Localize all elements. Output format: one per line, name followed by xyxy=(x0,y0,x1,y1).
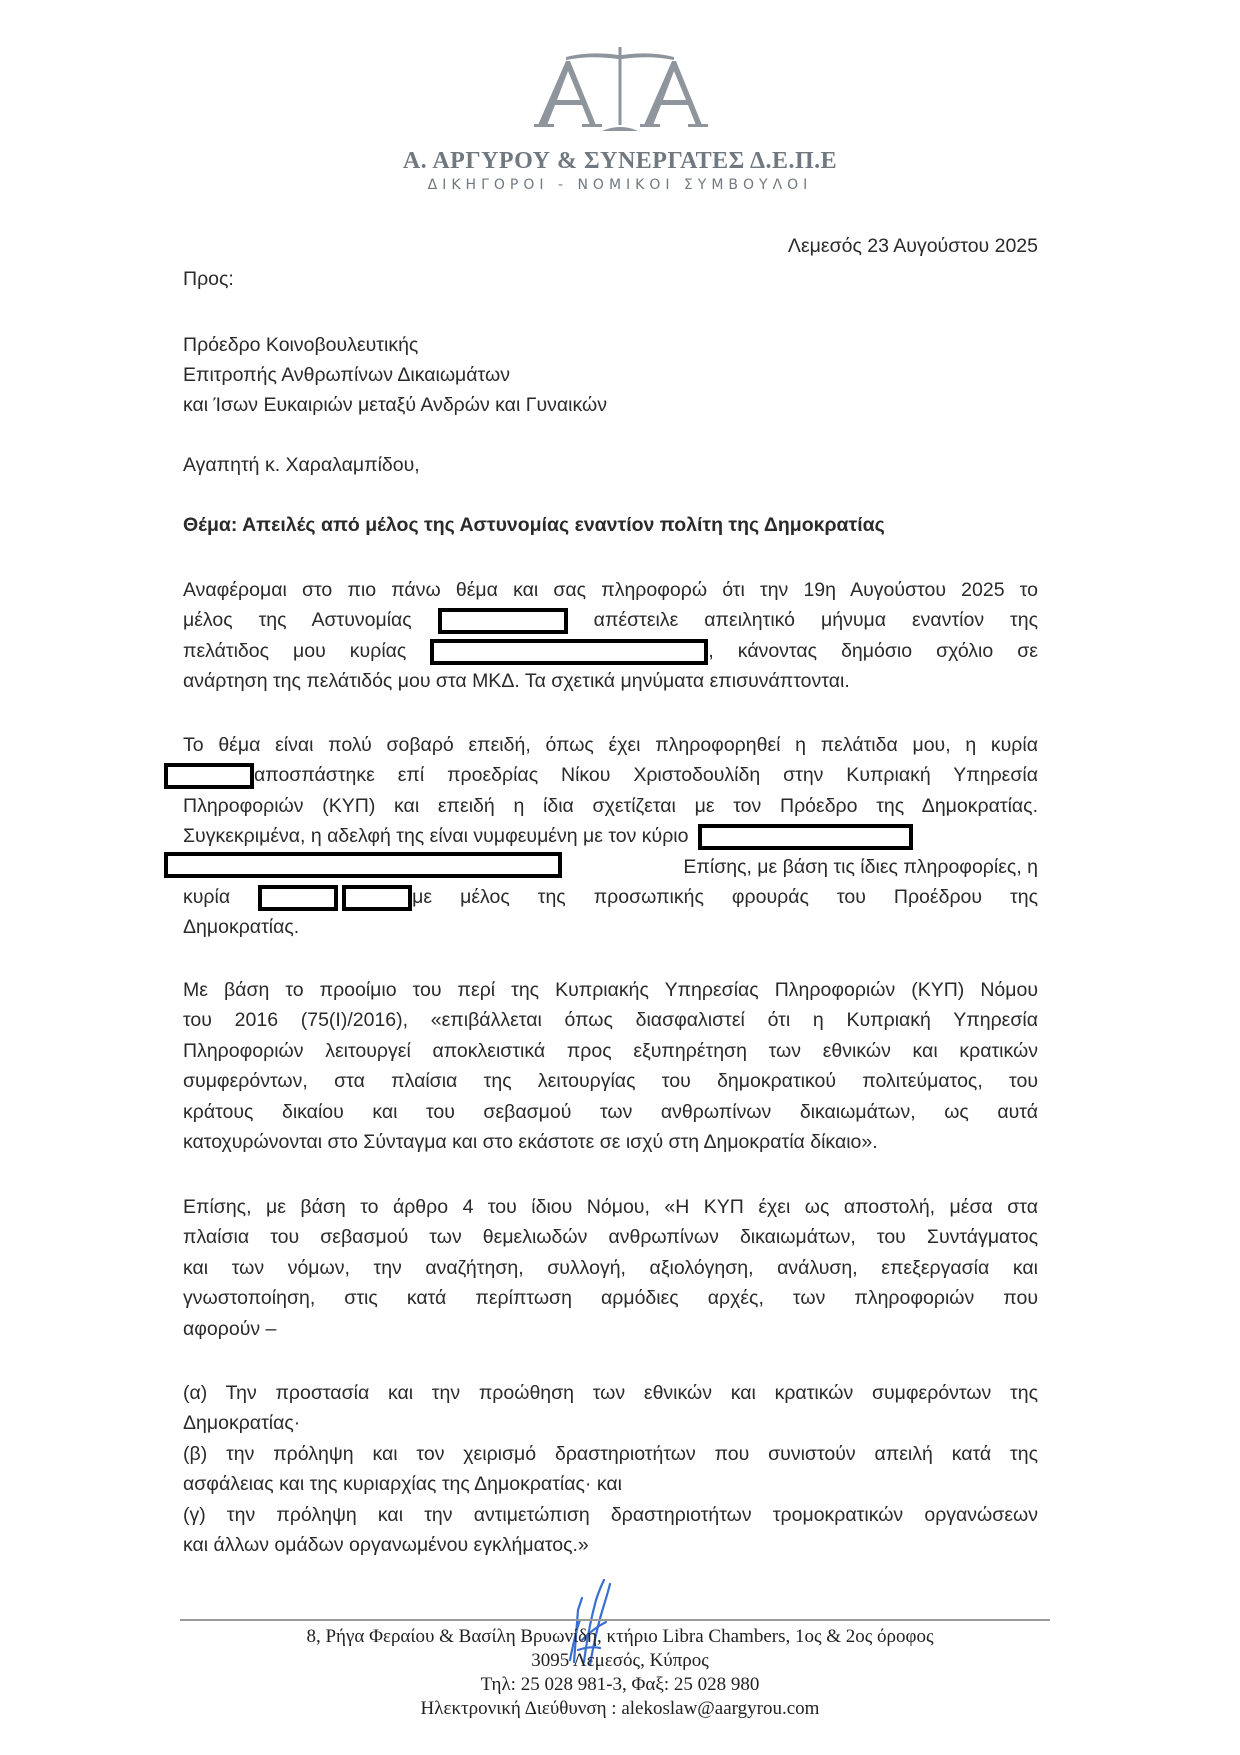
text-fragment: με μέλος της προσωπικής φρουράς του Προέ… xyxy=(412,886,1038,908)
paragraph-5-list: (α) Την προστασία και την προώθηση των ε… xyxy=(183,1378,1038,1560)
text-line: Πληροφοριών λειτουργεί αποκλειστικά προς… xyxy=(183,1036,1038,1066)
paragraph-4: Επίσης, με βάση το άρθρο 4 του ίδιου Νόμ… xyxy=(183,1192,1038,1344)
list-item-line: και άλλων ομάδων οργανωμένου εγκλήματος.… xyxy=(183,1530,1038,1560)
footer-city: 3095 Λεμεσός, Κύπρος xyxy=(0,1649,1240,1673)
list-item-line: ασφάλειας και της κυριαρχίας της Δημοκρα… xyxy=(183,1469,1038,1499)
letter-page: Α. ΑΡΓΥΡΟΥ & ΣΥΝΕΡΓΑΤΕΣ Δ.Ε.Π.Ε ΔΙΚΗΓΟΡΟ… xyxy=(0,0,1240,1755)
text-line: γνωστοποίηση, στις κατά περίπτωση αρμόδι… xyxy=(183,1283,1038,1313)
text-line: πελάτιδος μου κυρίας , κάνοντας δημόσιο … xyxy=(183,636,1038,666)
text-fragment: , κάνοντας δημόσιο σχόλιο σε xyxy=(708,640,1038,662)
footer-phone: Τηλ: 25 028 981-3, Φαξ: 25 028 980 xyxy=(0,1673,1240,1697)
text-line: συμφερόντων, στα πλαίσια της λειτουργίας… xyxy=(183,1066,1038,1096)
text-line: και των νόμων, την αναζήτηση, συλλογή, α… xyxy=(183,1253,1038,1283)
footer-address: 8, Ρήγα Φεραίου & Βασίλη Βρυωνίδη, κτήρι… xyxy=(0,1625,1240,1649)
text-line: ανάρτηση της πελάτιδός μου στα ΜΚΔ. Τα σ… xyxy=(183,666,1038,696)
text-line: Δημοκρατίας. xyxy=(183,912,1038,942)
text-fragment: αποσπάστηκε επί προεδρίας Νίκου Χριστοδο… xyxy=(254,764,1038,786)
text-line: μέλος της Αστυνομίας απέστειλε απειλητικ… xyxy=(183,605,1038,635)
recipient-line: Πρόεδρο Κοινοβουλευτικής xyxy=(183,330,607,360)
redaction-box xyxy=(342,885,412,911)
text-line: αφορούν – xyxy=(183,1314,1038,1344)
text-line: πλαίσια του σεβασμού των θεμελιωδών ανθρ… xyxy=(183,1222,1038,1252)
text-fragment: πελάτιδος μου κυρίας xyxy=(183,640,406,662)
text-line: αποσπάστηκε επί προεδρίας Νίκου Χριστοδο… xyxy=(164,760,1038,790)
text-line: Πληροφοριών (ΚΥΠ) και επειδή η ίδια σχετ… xyxy=(183,791,1038,821)
paragraph-1: Αναφέρομαι στο πιο πάνω θέμα και σας πλη… xyxy=(183,575,1038,697)
scales-of-justice-logo-icon xyxy=(530,45,710,135)
subject-line: Θέμα: Απειλές από μέλος της Αστυνομίας ε… xyxy=(183,514,885,537)
footer-email: Ηλεκτρονική Διεύθυνση : alekoslaw@aargyr… xyxy=(0,1697,1240,1721)
firm-name: Α. ΑΡΓΥΡΟΥ & ΣΥΝΕΡΓΑΤΕΣ Δ.Ε.Π.Ε xyxy=(0,148,1240,175)
text-line: κράτους δικαίου και του σεβασμού των ανθ… xyxy=(183,1097,1038,1127)
letter-date: Λεμεσός 23 Αυγούστου 2025 xyxy=(788,235,1038,258)
redaction-box xyxy=(164,852,562,878)
text-fragment: απέστειλε απειλητικό μήνυμα εναντίον της xyxy=(594,609,1038,631)
paragraph-2: Το θέμα είναι πολύ σοβαρό επειδή, όπως έ… xyxy=(183,730,1038,943)
text-line: κατοχυρώνονται στο Σύνταγμα και στο εκάσ… xyxy=(183,1127,1038,1157)
text-fragment: Συγκεκριμένα, η αδελφή της είναι νυμφευμ… xyxy=(183,825,689,847)
text-line: Συγκεκριμένα, η αδελφή της είναι νυμφευμ… xyxy=(183,821,1038,851)
to-label: Προς: xyxy=(183,268,234,291)
recipient-block: Πρόεδρο Κοινοβουλευτικής Επιτροπής Ανθρω… xyxy=(183,330,607,420)
redaction-box xyxy=(164,763,254,789)
text-fragment: Επίσης, με βάση τις ίδιες πληροφορίες, η xyxy=(683,856,1038,878)
paragraph-3: Με βάση το προοίμιο του περί της Κυπριακ… xyxy=(183,975,1038,1157)
recipient-line: και Ίσων Ευκαιριών μεταξύ Ανδρών και Γυν… xyxy=(183,390,607,420)
salutation: Αγαπητή κ. Χαραλαμπίδου, xyxy=(183,454,420,477)
recipient-line: Επιτροπής Ανθρωπίνων Δικαιωμάτων xyxy=(183,360,607,390)
redaction-box xyxy=(698,824,913,850)
text-line: κυρία με μέλος της προσωπικής φρουράς το… xyxy=(183,882,1038,912)
redaction-box xyxy=(258,885,338,911)
text-line: Με βάση το προοίμιο του περί της Κυπριακ… xyxy=(183,975,1038,1005)
footer-divider xyxy=(180,1619,1050,1621)
text-fragment: κυρία xyxy=(183,886,230,908)
footer-contact-block: 8, Ρήγα Φεραίου & Βασίλη Βρυωνίδη, κτήρι… xyxy=(0,1625,1240,1721)
text-line: Επίσης, με βάση τις ίδιες πληροφορίες, η xyxy=(164,852,1038,882)
text-line: Αναφέρομαι στο πιο πάνω θέμα και σας πλη… xyxy=(183,575,1038,605)
text-line: Επίσης, με βάση το άρθρο 4 του ίδιου Νόμ… xyxy=(183,1192,1038,1222)
text-line: του 2016 (75(Ι)/2016), «επιβάλλεται όπως… xyxy=(183,1005,1038,1035)
list-item-line: Δημοκρατίας· xyxy=(183,1408,1038,1438)
firm-subtitle: ΔΙΚΗΓΟΡΟΙ - ΝΟΜΙΚΟΙ ΣΥΜΒΟΥΛΟΙ xyxy=(0,177,1240,193)
text-fragment: μέλος της Αστυνομίας xyxy=(183,609,412,631)
redaction-box xyxy=(438,608,568,634)
redaction-box xyxy=(430,639,708,665)
list-item-line: (γ) την πρόληψη και την αντιμετώπιση δρα… xyxy=(183,1500,1038,1530)
list-item-line: (α) Την προστασία και την προώθηση των ε… xyxy=(183,1378,1038,1408)
text-line: Το θέμα είναι πολύ σοβαρό επειδή, όπως έ… xyxy=(183,730,1038,760)
list-item-line: (β) την πρόληψη και τον χειρισμό δραστηρ… xyxy=(183,1439,1038,1469)
